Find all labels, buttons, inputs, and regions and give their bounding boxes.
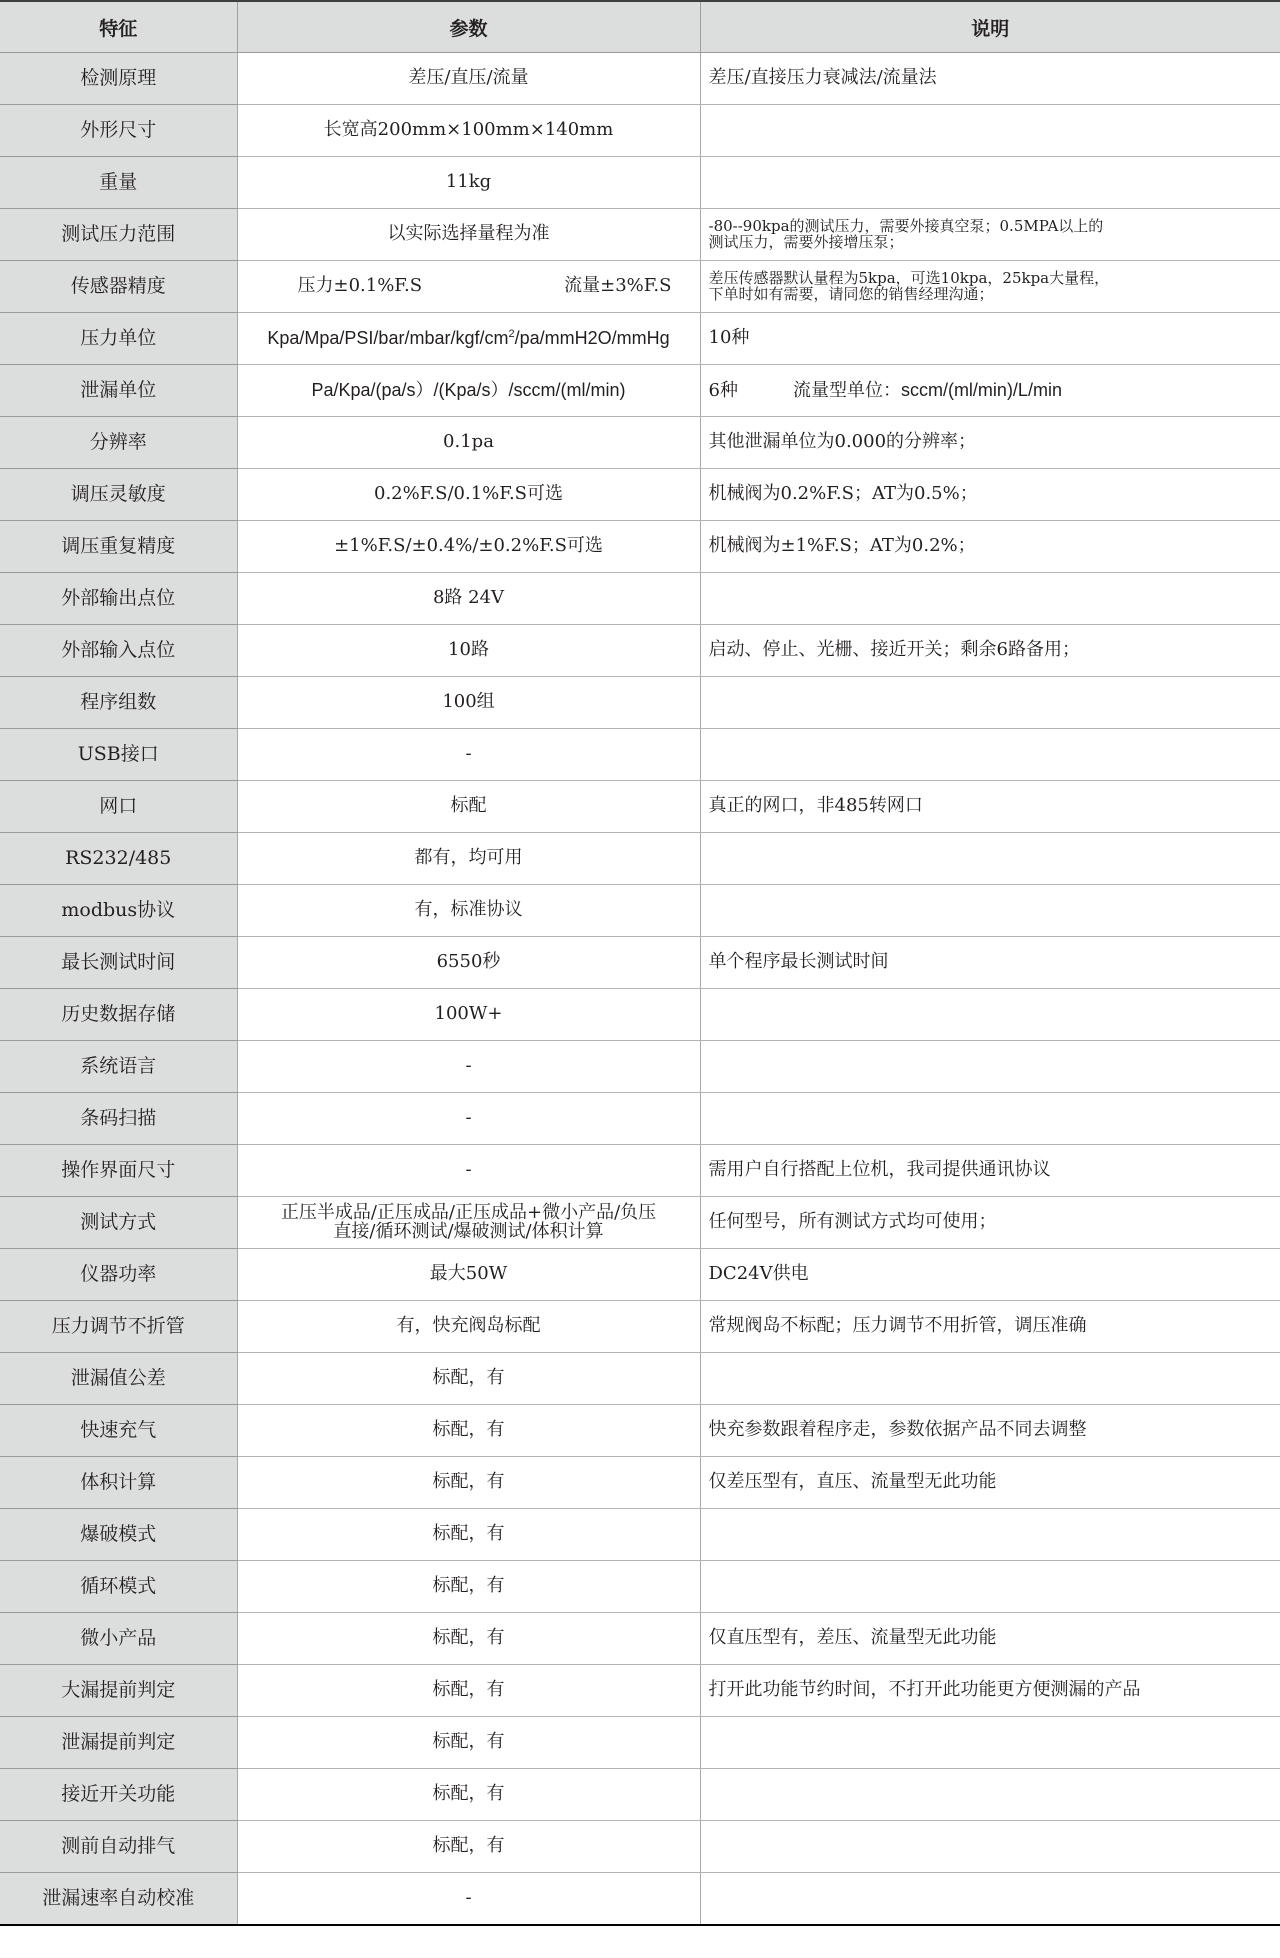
header-param: 参数 bbox=[237, 1, 700, 53]
table-row: 微小产品 标配，有 仅直压型有，差压、流量型无此功能 bbox=[0, 1613, 1280, 1665]
table-row: 测前自动排气 标配，有 bbox=[0, 1821, 1280, 1873]
table-row: modbus协议 有，标准协议 bbox=[0, 885, 1280, 937]
note-cell bbox=[700, 989, 1280, 1041]
note-cell: 启动、停止、光栅、接近开关；剩余6路备用； bbox=[700, 625, 1280, 677]
feature-cell: 条码扫描 bbox=[0, 1093, 237, 1145]
table-row: 条码扫描 - bbox=[0, 1093, 1280, 1145]
param-text: /pa/mmH2O/mmHg bbox=[515, 328, 670, 348]
feature-cell: 快速充气 bbox=[0, 1405, 237, 1457]
note-cell bbox=[700, 729, 1280, 781]
note-label: 流量型单位： bbox=[793, 380, 901, 401]
note-cell: 差压/直接压力衰减法/流量法 bbox=[700, 53, 1280, 105]
table-row: USB接口 - bbox=[0, 729, 1280, 781]
feature-cell: 接近开关功能 bbox=[0, 1769, 237, 1821]
table-row: 程序组数 100组 bbox=[0, 677, 1280, 729]
note-cell bbox=[700, 1821, 1280, 1873]
param-cell: 标配，有 bbox=[237, 1405, 700, 1457]
table-row: 泄漏速率自动校准 - bbox=[0, 1873, 1280, 1926]
table-row: 测试压力范围 以实际选择量程为准 -80--90kpa的测试压力，需要外接真空泵… bbox=[0, 209, 1280, 261]
param-cell: 11kg bbox=[237, 157, 700, 209]
note-line: 下单时如有需要，请同您的销售经理沟通； bbox=[709, 287, 1280, 303]
header-feature: 特征 bbox=[0, 1, 237, 53]
feature-cell: 调压重复精度 bbox=[0, 521, 237, 573]
table-row: 快速充气 标配，有 快充参数跟着程序走，参数依据产品不同去调整 bbox=[0, 1405, 1280, 1457]
table-row: 泄漏单位 Pa/Kpa/(pa/s）/(Kpa/s）/sccm/(ml/min)… bbox=[0, 365, 1280, 417]
note-cell bbox=[700, 1561, 1280, 1613]
param-cell: 标配，有 bbox=[237, 1561, 700, 1613]
param-cell: 都有，均可用 bbox=[237, 833, 700, 885]
note-cell bbox=[700, 105, 1280, 157]
param-text: Kpa/Mpa/PSI/bar/mbar/kgf/cm bbox=[267, 328, 508, 348]
param-cell: 差压/直压/流量 bbox=[237, 53, 700, 105]
table-row: 网口 标配 真正的网口，非485转网口 bbox=[0, 781, 1280, 833]
param-cell: 长宽高200mm×100mm×140mm bbox=[237, 105, 700, 157]
feature-cell: modbus协议 bbox=[0, 885, 237, 937]
feature-cell: 压力调节不折管 bbox=[0, 1301, 237, 1353]
header-row: 特征 参数 说明 bbox=[0, 1, 1280, 53]
table-row: 调压重复精度 ±1%F.S/±0.4%/±0.2%F.S可选 机械阀为±1%F.… bbox=[0, 521, 1280, 573]
feature-cell: USB接口 bbox=[0, 729, 237, 781]
param-cell: 标配，有 bbox=[237, 1717, 700, 1769]
param-cell: - bbox=[237, 729, 700, 781]
feature-cell: 网口 bbox=[0, 781, 237, 833]
note-cell bbox=[700, 1769, 1280, 1821]
feature-cell: 爆破模式 bbox=[0, 1509, 237, 1561]
feature-cell: 系统语言 bbox=[0, 1041, 237, 1093]
feature-cell: 泄漏速率自动校准 bbox=[0, 1873, 237, 1926]
param-cell: 有，标准协议 bbox=[237, 885, 700, 937]
param-cell: 最大50W bbox=[237, 1249, 700, 1301]
feature-cell: 压力单位 bbox=[0, 313, 237, 365]
param-cell: 标配，有 bbox=[237, 1509, 700, 1561]
param-line: 直接/循环测试/爆破测试/体积计算 bbox=[238, 1223, 700, 1242]
table-row: 循环模式 标配，有 bbox=[0, 1561, 1280, 1613]
table-row: 接近开关功能 标配，有 bbox=[0, 1769, 1280, 1821]
note-cell: 需用户自行搭配上位机，我司提供通讯协议 bbox=[700, 1145, 1280, 1197]
feature-cell: RS232/485 bbox=[0, 833, 237, 885]
param-cell: 100组 bbox=[237, 677, 700, 729]
table-row: 压力调节不折管 有，快充阀岛标配 常规阀岛不标配；压力调节不用折管，调压准确 bbox=[0, 1301, 1280, 1353]
note-cell: 真正的网口，非485转网口 bbox=[700, 781, 1280, 833]
param-cell: - bbox=[237, 1093, 700, 1145]
feature-cell: 泄漏值公差 bbox=[0, 1353, 237, 1405]
table-row: RS232/485 都有，均可用 bbox=[0, 833, 1280, 885]
note-cell bbox=[700, 1717, 1280, 1769]
note-cell: 6种流量型单位：sccm/(ml/min)/L/min bbox=[700, 365, 1280, 417]
table-row: 分辨率 0.1pa 其他泄漏单位为0.000的分辨率； bbox=[0, 417, 1280, 469]
table-row: 重量 11kg bbox=[0, 157, 1280, 209]
table-row: 操作界面尺寸 - 需用户自行搭配上位机，我司提供通讯协议 bbox=[0, 1145, 1280, 1197]
note-cell: 单个程序最长测试时间 bbox=[700, 937, 1280, 989]
param-cell: 标配，有 bbox=[237, 1353, 700, 1405]
table-row: 爆破模式 标配，有 bbox=[0, 1509, 1280, 1561]
note-cell: 任何型号，所有测试方式均可使用； bbox=[700, 1197, 1280, 1249]
note-cell bbox=[700, 1873, 1280, 1926]
note-cell bbox=[700, 573, 1280, 625]
note-cell: 仅差压型有，直压、流量型无此功能 bbox=[700, 1457, 1280, 1509]
feature-cell: 体积计算 bbox=[0, 1457, 237, 1509]
note-count: 6种 bbox=[709, 380, 738, 401]
feature-cell: 重量 bbox=[0, 157, 237, 209]
note-cell: 其他泄漏单位为0.000的分辨率； bbox=[700, 417, 1280, 469]
note-cell bbox=[700, 1093, 1280, 1145]
param-cell: Pa/Kpa/(pa/s）/(Kpa/s）/sccm/(ml/min) bbox=[237, 365, 700, 417]
param-cell: Kpa/Mpa/PSI/bar/mbar/kgf/cm2/pa/mmH2O/mm… bbox=[237, 313, 700, 365]
param-line: 正压半成品/正压成品/正压成品+微小产品/负压 bbox=[238, 1204, 700, 1223]
table-row: 泄漏值公差 标配，有 bbox=[0, 1353, 1280, 1405]
table-row: 仪器功率 最大50W DC24V供电 bbox=[0, 1249, 1280, 1301]
param-cell: 压力±0.1%F.S 流量±3%F.S bbox=[237, 261, 700, 313]
feature-cell: 测试方式 bbox=[0, 1197, 237, 1249]
feature-cell: 程序组数 bbox=[0, 677, 237, 729]
table-row: 测试方式 正压半成品/正压成品/正压成品+微小产品/负压 直接/循环测试/爆破测… bbox=[0, 1197, 1280, 1249]
param-cell: 8路 24V bbox=[237, 573, 700, 625]
table-row: 传感器精度 压力±0.1%F.S 流量±3%F.S 差压传感器默认量程为5kpa… bbox=[0, 261, 1280, 313]
table-row: 历史数据存储 100W+ bbox=[0, 989, 1280, 1041]
param-cell: 0.2%F.S/0.1%F.S可选 bbox=[237, 469, 700, 521]
note-cell: -80--90kpa的测试压力，需要外接真空泵；0.5MPA以上的 测试压力，需… bbox=[700, 209, 1280, 261]
param-cell: 标配，有 bbox=[237, 1769, 700, 1821]
note-cell: 常规阀岛不标配；压力调节不用折管，调压准确 bbox=[700, 1301, 1280, 1353]
feature-cell: 泄漏提前判定 bbox=[0, 1717, 237, 1769]
feature-cell: 分辨率 bbox=[0, 417, 237, 469]
note-line: 测试压力，需要外接增压泵； bbox=[709, 235, 1280, 251]
note-cell bbox=[700, 1041, 1280, 1093]
note-cell bbox=[700, 677, 1280, 729]
feature-cell: 泄漏单位 bbox=[0, 365, 237, 417]
table-row: 外部输出点位 8路 24V bbox=[0, 573, 1280, 625]
note-cell: 机械阀为0.2%F.S；AT为0.5%； bbox=[700, 469, 1280, 521]
param-cell: 标配，有 bbox=[237, 1457, 700, 1509]
feature-cell: 大漏提前判定 bbox=[0, 1665, 237, 1717]
param-cell: 标配，有 bbox=[237, 1613, 700, 1665]
table-row: 体积计算 标配，有 仅差压型有，直压、流量型无此功能 bbox=[0, 1457, 1280, 1509]
param-cell: 以实际选择量程为准 bbox=[237, 209, 700, 261]
note-cell bbox=[700, 157, 1280, 209]
param-cell: - bbox=[237, 1873, 700, 1926]
param-cell: 0.1pa bbox=[237, 417, 700, 469]
feature-cell: 历史数据存储 bbox=[0, 989, 237, 1041]
table-row: 最长测试时间 6550秒 单个程序最长测试时间 bbox=[0, 937, 1280, 989]
param-cell: 标配，有 bbox=[237, 1821, 700, 1873]
param-cell: ±1%F.S/±0.4%/±0.2%F.S可选 bbox=[237, 521, 700, 573]
feature-cell: 检测原理 bbox=[0, 53, 237, 105]
note-cell bbox=[700, 833, 1280, 885]
feature-cell: 外部输入点位 bbox=[0, 625, 237, 677]
note-cell: 差压传感器默认量程为5kpa，可选10kpa，25kpa大量程， 下单时如有需要… bbox=[700, 261, 1280, 313]
feature-cell: 调压灵敏度 bbox=[0, 469, 237, 521]
note-cell bbox=[700, 1353, 1280, 1405]
note-cell: 打开此功能节约时间，不打开此功能更方便测漏的产品 bbox=[700, 1665, 1280, 1717]
feature-cell: 最长测试时间 bbox=[0, 937, 237, 989]
table-row: 大漏提前判定 标配，有 打开此功能节约时间，不打开此功能更方便测漏的产品 bbox=[0, 1665, 1280, 1717]
feature-cell: 测试压力范围 bbox=[0, 209, 237, 261]
header-note: 说明 bbox=[700, 1, 1280, 53]
feature-cell: 操作界面尺寸 bbox=[0, 1145, 237, 1197]
param-cell: 标配，有 bbox=[237, 1665, 700, 1717]
note-cell: 机械阀为±1%F.S；AT为0.2%； bbox=[700, 521, 1280, 573]
param-pressure-accuracy: 压力±0.1%F.S bbox=[298, 276, 423, 297]
param-cell: 有，快充阀岛标配 bbox=[237, 1301, 700, 1353]
note-value: sccm/(ml/min)/L/min bbox=[901, 380, 1062, 400]
feature-cell: 微小产品 bbox=[0, 1613, 237, 1665]
table-row: 外形尺寸 长宽高200mm×100mm×140mm bbox=[0, 105, 1280, 157]
param-cell: 100W+ bbox=[237, 989, 700, 1041]
table-row: 调压灵敏度 0.2%F.S/0.1%F.S可选 机械阀为0.2%F.S；AT为0… bbox=[0, 469, 1280, 521]
spec-table: 特征 参数 说明 检测原理 差压/直压/流量 差压/直接压力衰减法/流量法 外形… bbox=[0, 0, 1280, 1926]
note-cell: 快充参数跟着程序走，参数依据产品不同去调整 bbox=[700, 1405, 1280, 1457]
feature-cell: 测前自动排气 bbox=[0, 1821, 237, 1873]
param-cell: 10路 bbox=[237, 625, 700, 677]
feature-cell: 传感器精度 bbox=[0, 261, 237, 313]
table-row: 系统语言 - bbox=[0, 1041, 1280, 1093]
param-cell: 标配 bbox=[237, 781, 700, 833]
note-cell: 10种 bbox=[700, 313, 1280, 365]
table-row: 泄漏提前判定 标配，有 bbox=[0, 1717, 1280, 1769]
feature-cell: 仪器功率 bbox=[0, 1249, 237, 1301]
note-cell: DC24V供电 bbox=[700, 1249, 1280, 1301]
param-cell: 正压半成品/正压成品/正压成品+微小产品/负压 直接/循环测试/爆破测试/体积计… bbox=[237, 1197, 700, 1249]
note-cell bbox=[700, 885, 1280, 937]
param-cell: 6550秒 bbox=[237, 937, 700, 989]
note-cell: 仅直压型有，差压、流量型无此功能 bbox=[700, 1613, 1280, 1665]
note-cell bbox=[700, 1509, 1280, 1561]
feature-cell: 循环模式 bbox=[0, 1561, 237, 1613]
table-row: 外部输入点位 10路 启动、停止、光栅、接近开关；剩余6路备用； bbox=[0, 625, 1280, 677]
feature-cell: 外部输出点位 bbox=[0, 573, 237, 625]
table-row: 检测原理 差压/直压/流量 差压/直接压力衰减法/流量法 bbox=[0, 53, 1280, 105]
table-row: 压力单位 Kpa/Mpa/PSI/bar/mbar/kgf/cm2/pa/mmH… bbox=[0, 313, 1280, 365]
param-cell: - bbox=[237, 1145, 700, 1197]
param-cell: - bbox=[237, 1041, 700, 1093]
param-flow-accuracy: 流量±3%F.S bbox=[564, 276, 671, 297]
feature-cell: 外形尺寸 bbox=[0, 105, 237, 157]
